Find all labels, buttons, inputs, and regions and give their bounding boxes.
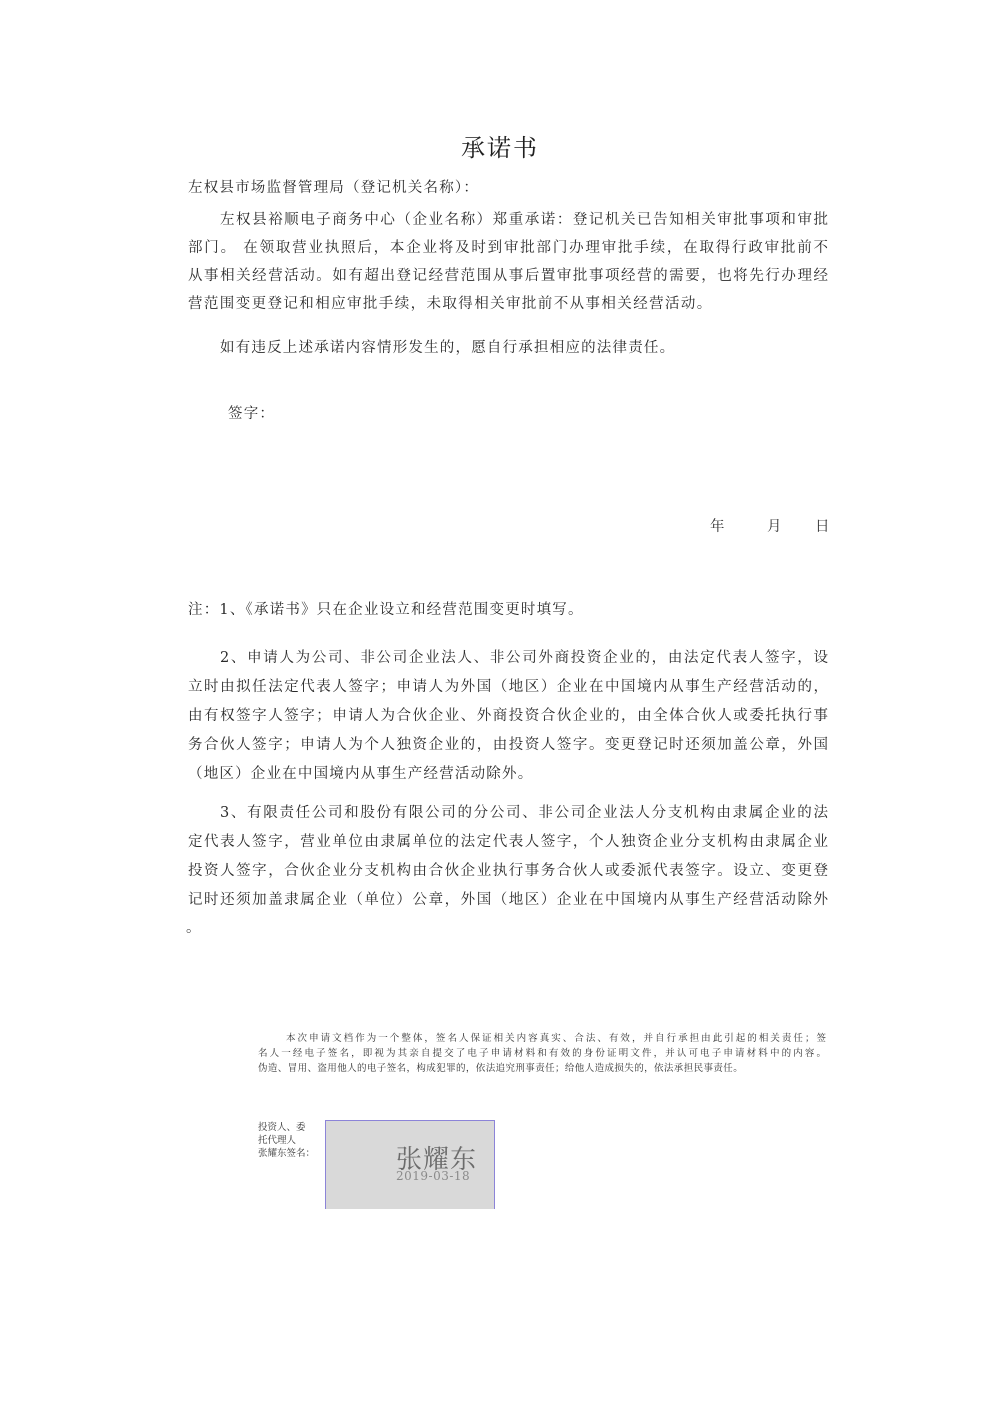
paragraph-line: 部门。 在领取营业执照后，本企业将及时到审批部门办理审批手续，在取得行政审批前不 [188,238,828,258]
date-year-label: 年 [710,515,725,536]
statement-line: 伪造、冒用、盗用他人的电子签名，构成犯罪的，依法追究刑事责任；给他人造成损失的，… [258,1061,826,1076]
note-line: 由有权签字人签字；申请人为合伙企业、外商投资合伙企业的，由全体合伙人或委托执行事 [188,706,828,726]
statement-line: 名人一经电子签名，即视为其亲自提交了电子申请材料和有效的身份证明文件，并认可电子… [258,1046,826,1061]
note-line: （地区）企业在中国境内从事生产经营活动除外。 [188,764,533,784]
liability-statement: 如有违反上述承诺内容情形发生的，愿自行承担相应的法律责任。 [220,338,675,358]
note-line: 定代表人签字，营业单位由隶属单位的法定代表人签字，个人独资企业分支机构由隶属企业 [188,832,828,852]
paragraph-line: 营范围变更登记和相应审批手续，未取得相关审批前不从事相关经营活动。 [188,294,713,314]
signature-label: 签字： [228,404,275,424]
note-line: 记时还须加盖隶属企业（单位）公章，外国（地区）企业在中国境内从事生产经营活动除外 [188,890,828,910]
signature-date: 2019-03-18 [396,1169,470,1183]
esign-statement: 本次申请文档作为一个整体，签名人保证相关内容真实、合法、有效，并自行承担由此引起… [258,1031,826,1076]
note-line: 。 [186,918,202,938]
signer-label-line: 张耀东签名： [258,1147,315,1160]
note-line: 务合伙人签字；申请人为个人独资企业的，由投资人签字。变更登记时还须加盖公章，外国 [188,735,828,755]
document-title: 承诺书 [0,128,1000,163]
statement-line: 本次申请文档作为一个整体，签名人保证相关内容真实、合法、有效，并自行承担由此引起… [258,1031,826,1046]
paragraph-line: 左权县裕顺电子商务中心（企业名称）郑重承诺：登记机关已告知相关审批事项和审批 [188,210,828,230]
paragraph-line: 从事相关经营活动。如有超出登记经营范围从事后置审批事项经营的需要，也将先行办理经 [188,266,828,286]
signer-label: 投资人、委 托代理人 张耀东签名： [258,1121,315,1160]
signer-label-line: 托代理人 [258,1134,315,1147]
addressee: 左权县市场监督管理局（登记机关名称）： [188,178,479,198]
date-day-label: 日 [815,515,830,536]
date-month-label: 月 [767,515,782,536]
document-page: 承诺书 左权县市场监督管理局（登记机关名称）： 左权县裕顺电子商务中心（企业名称… [0,0,1000,1415]
note-line: 3、有限责任公司和股份有限公司的分公司、非公司企业法人分支机构由隶属企业的法 [188,803,828,823]
note-line: 投资人签字，合伙企业分支机构由合伙企业执行事务合伙人或委派代表签字。设立、变更登 [188,861,828,881]
note-1: 注：1、《承诺书》只在企业设立和经营范围变更时填写。 [188,600,584,620]
note-line: 立时由拟任法定代表人签字；申请人为外国（地区）企业在中国境内从事生产经营活动的， [188,677,828,697]
signer-label-line: 投资人、委 [258,1121,315,1134]
note-line: 2、申请人为公司、非公司企业法人、非公司外商投资企业的，由法定代表人签字，设 [188,648,828,668]
electronic-signature-box: 张耀东 2019-03-18 [325,1120,495,1209]
